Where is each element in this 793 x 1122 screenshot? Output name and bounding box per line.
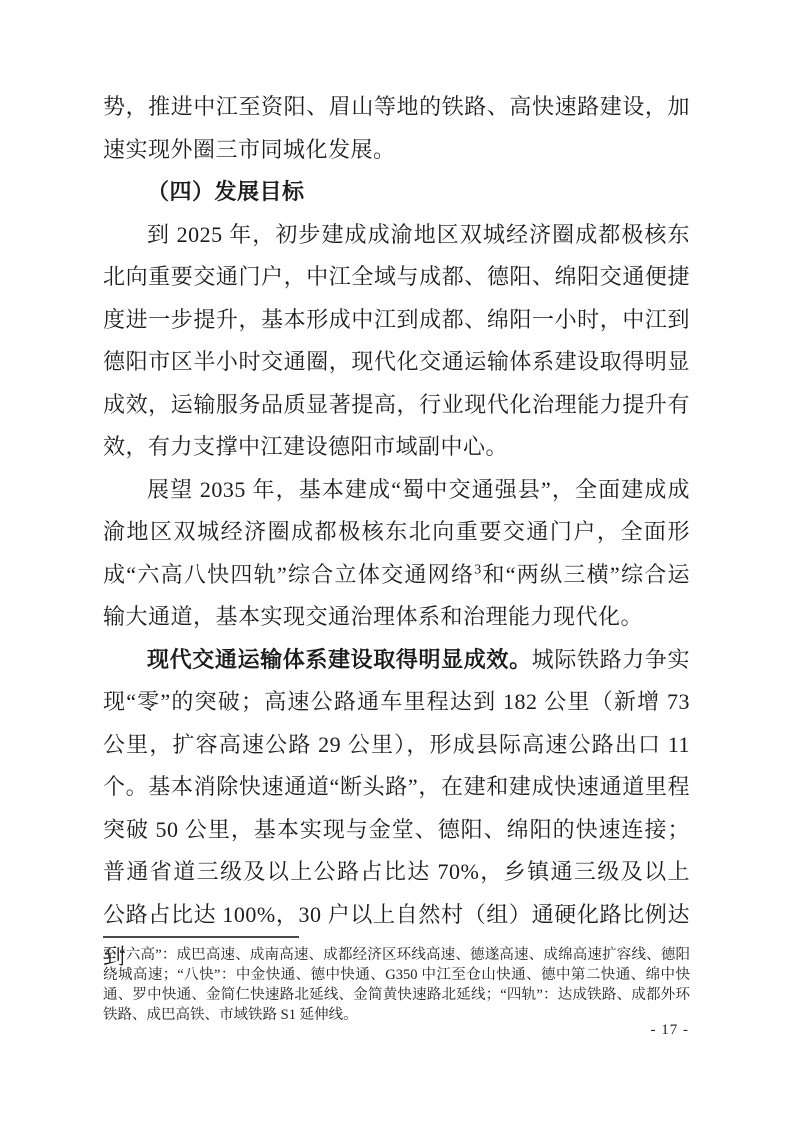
footnote-text-content: “六高”：成巴高速、成南高速、成都经济区环线高速、德遂高速、成绵高速扩容线、德阳… [103, 947, 690, 1023]
page-body: 势，推进中江至资阳、眉山等地的铁路、高快速路建设，加速实现外圈三市同城化发展。 … [103, 86, 690, 979]
paragraph-achievements-bold-lead: 现代交通运输体系建设取得明显成效。 [147, 647, 532, 672]
paragraph-achievements: 现代交通运输体系建设取得明显成效。城际铁路力争实现“零”的突破；高速公路通车里程… [103, 639, 690, 979]
footnote-marker: 3 [103, 947, 119, 963]
paragraph-2035-outlook: 展望 2035 年，基本建成“蜀中交通强县”，全面建成成渝地区双城经济圈成都极核… [103, 469, 690, 639]
footnote-area: 3“六高”：成巴高速、成南高速、成都经济区环线高速、德遂高速、成绵高速扩容线、德… [103, 936, 690, 1025]
paragraph-2025-goals: 到 2025 年，初步建成成渝地区双城经济圈成都极核东北向重要交通门户，中江全域… [103, 214, 690, 469]
paragraph-achievements-rest: 城际铁路力争实现“零”的突破；高速公路通车里程达到 182 公里（新增 73 公… [103, 647, 690, 970]
footnote-reference-superscript: 3 [474, 562, 482, 577]
document-page: 势，推进中江至资阳、眉山等地的铁路、高快速路建设，加速实现外圈三市同城化发展。 … [0, 0, 793, 1122]
footnote: 3“六高”：成巴高速、成南高速、成都经济区环线高速、德遂高速、成绵高速扩容线、德… [103, 945, 690, 1025]
footnote-separator-rule [103, 936, 299, 938]
paragraph-continuation: 势，推进中江至资阳、眉山等地的铁路、高快速路建设，加速实现外圈三市同城化发展。 [103, 86, 690, 171]
page-number: - 17 - [651, 1022, 690, 1039]
section-heading-development-goals: （四）发展目标 [103, 171, 690, 214]
